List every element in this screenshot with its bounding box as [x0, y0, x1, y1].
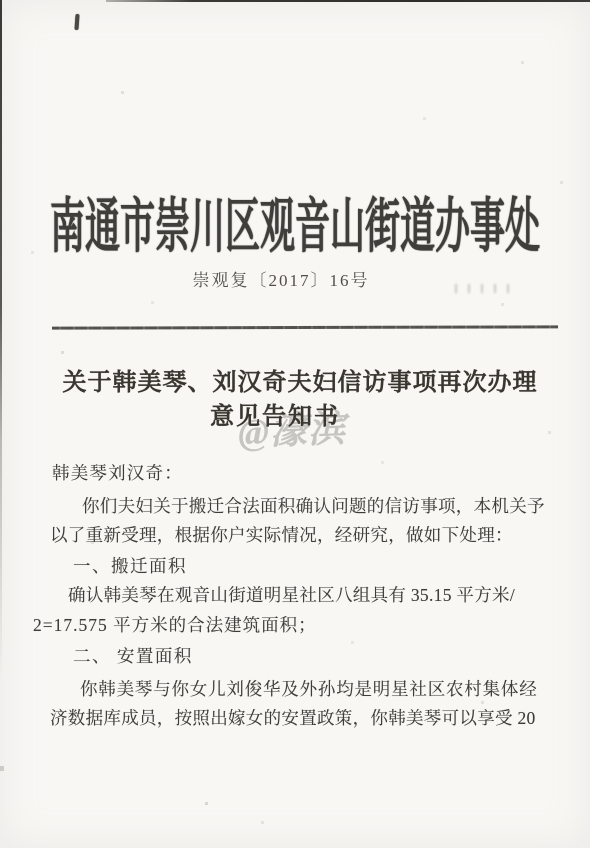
letterhead-separator-rule — [52, 325, 558, 329]
ink-smudge-mark — [74, 14, 79, 30]
body-line: 确认韩美琴在观音山街道明星社区八组具有 35.15 平方米/ — [68, 582, 515, 607]
body-line: 以了重新受理，根据你户实际情况，经研究，做如下处理： — [50, 522, 513, 547]
body-line: 2=17.575 平方米的合法建筑面积； — [33, 612, 317, 637]
scan-noise-specks — [0, 0, 1, 1]
agency-letterhead: 南通市崇川区观音山街道办事处 — [0, 180, 590, 265]
document-title-line2: 意见告知书 — [0, 396, 550, 431]
scanned-document-page: 南通市崇川区观音山街道办事处 崇观复〔2017〕16号 @濠滨 关于韩美琴、刘汉… — [0, 0, 590, 848]
document-number: 崇观复〔2017〕16号 — [0, 266, 576, 291]
body-line: 济数据库成员，按照出嫁女的安置政策，你韩美琴可以享受 20 — [50, 705, 536, 730]
body-section-heading: 一、搬迁面积 — [73, 553, 187, 578]
body-line: 你们夫妇关于搬迁合法面积确认问题的信访事项，本机关予 — [82, 493, 545, 518]
salutation: 韩美琴刘汉奇： — [52, 460, 183, 485]
scan-top-edge-line — [106, 0, 590, 2]
scan-left-edge-line — [0, 0, 2, 680]
body-line: 你韩美琴与你女儿刘俊华及外孙均是明星社区农村集体经 — [80, 676, 538, 701]
body-section-heading: 二、 安置面积 — [73, 643, 193, 668]
document-title-line1: 关于韩美琴、刘汉奇夫妇信访事项再次办理 — [10, 362, 590, 397]
